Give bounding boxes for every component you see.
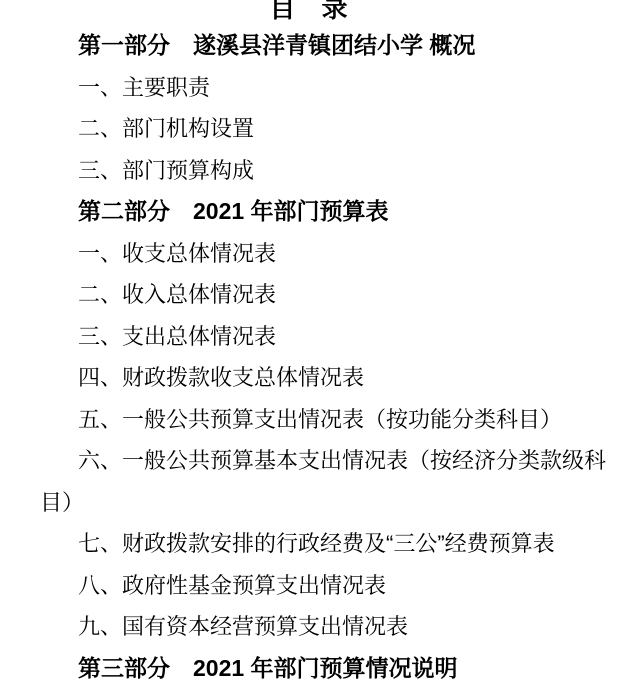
toc-entry-continuation: 目） [40,482,577,524]
toc-section-heading: 第三部分 2021 年部门预算情况说明 [40,648,577,683]
document-title: 目 录 [40,0,577,25]
toc-entry: 四、财政拨款收支总体情况表 [40,357,577,399]
toc-entry: 二、部门机构设置 [40,108,577,150]
toc-entry: 三、支出总体情况表 [40,316,577,358]
toc-entry: 六、一般公共预算基本支出情况表（按经济分类款级科 [40,440,577,482]
toc-entry: 九、国有资本经营预算支出情况表 [40,606,577,648]
toc-entry: 二、收入总体情况表 [40,274,577,316]
table-of-contents: 目 录 第一部分 遂溪县洋青镇团结小学 概况 一、主要职责 二、部门机构设置 三… [0,0,617,683]
toc-entry: 三、部门预算构成 [40,150,577,192]
toc-entry: 一、收支总体情况表 [40,233,577,275]
toc-entry: 七、财政拨款安排的行政经费及“三公”经费预算表 [40,523,577,565]
toc-entry: 一、主要职责 [40,67,577,109]
document-page: 目 录 第一部分 遂溪县洋青镇团结小学 概况 一、主要职责 二、部门机构设置 三… [0,0,617,683]
toc-entry: 八、政府性基金预算支出情况表 [40,565,577,607]
toc-section-heading: 第二部分 2021 年部门预算表 [40,191,577,233]
toc-section-heading: 第一部分 遂溪县洋青镇团结小学 概况 [40,25,577,67]
toc-entry: 五、一般公共预算支出情况表（按功能分类科目） [40,399,577,441]
